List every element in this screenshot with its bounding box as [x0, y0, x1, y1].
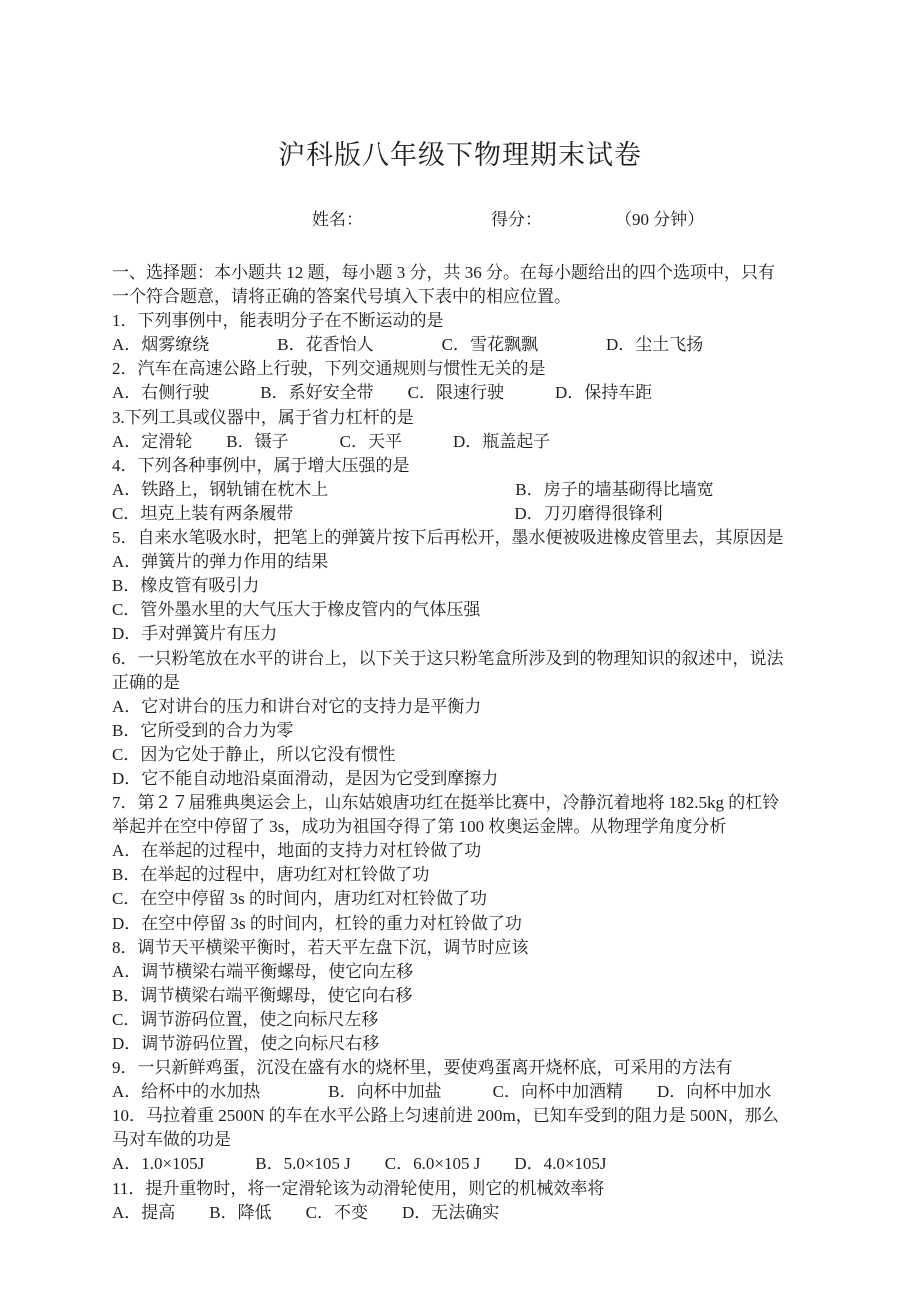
score-label: 得分：	[491, 208, 542, 232]
question-4-line: C．坦克上装有两条履带 D．刀刃磨得很锋利	[112, 502, 830, 526]
question-6-line: 正确的是	[112, 671, 830, 695]
question-4-line: A．铁路上，钢轨铺在枕木上 B．房子的墙基砌得比墙宽	[112, 478, 830, 502]
question-6-stem: 6．一只粉笔放在水平的讲台上，以下关于这只粉笔盒所涉及到的物理知识的叙述中，说法	[112, 647, 830, 671]
duration-label: （90 分钟）	[615, 208, 704, 232]
exam-header: 姓名：得分：（90 分钟）	[0, 184, 920, 256]
question-1-stem: 1．下列事例中，能表明分子在不断运动的是	[112, 309, 830, 333]
question-7-line: 举起并在空中停留了 3s，成功为祖国夺得了第 100 枚奥运金牌。从物理学角度分…	[112, 815, 830, 839]
question-5-line: C．管外墨水里的大气压大于橡皮管内的气体压强	[112, 598, 830, 622]
section-one: 一、选择题：本小题共 12 题，每小题 3 分，共 36 分。在每小题给出的四个…	[0, 256, 920, 1225]
question-5-line: D．手对弹簧片有压力	[112, 622, 830, 646]
question-8-line: A．调节横梁右端平衡螺母，使它向左移	[112, 960, 830, 984]
question-2-line: A．右侧行驶 B．系好安全带 C．限速行驶 D．保持车距	[112, 381, 830, 405]
question-11-line: A．提高 B．降低 C．不变 D．无法确实	[112, 1201, 830, 1225]
question-7-line: B．在举起的过程中，唐功红对杠铃做了功	[112, 863, 830, 887]
question-10-stem: 10．马拉着重 2500N 的车在水平公路上匀速前进 200m，已知车受到的阻力…	[112, 1104, 830, 1128]
question-3-stem: 3.下列工具或仪器中，属于省力杠杆的是	[112, 406, 830, 430]
exam-paper: 沪科版八年级下物理期末试卷 姓名：得分：（90 分钟） 一、选择题：本小题共 1…	[0, 0, 920, 1302]
question-5-line: B．橡皮管有吸引力	[112, 574, 830, 598]
question-8-line: C．调节游码位置，使之向标尺左移	[112, 1008, 830, 1032]
section-one-intro-line: 一、选择题：本小题共 12 题，每小题 3 分，共 36 分。在每小题给出的四个…	[112, 261, 830, 285]
question-6-line: A．它对讲台的压力和讲台对它的支持力是平衡力	[112, 695, 830, 719]
question-9-line: A．给杯中的水加热 B．向杯中加盐 C．向杯中加酒精 D．向杯中加水	[112, 1080, 830, 1104]
question-8-line: B．调节横梁右端平衡螺母，使它向右移	[112, 984, 830, 1008]
question-10-line: 马对车做的功是	[112, 1128, 830, 1152]
section-one-intro-line: 一个符合题意，请将正确的答案代号填入下表中的相应位置。	[112, 285, 830, 309]
question-2-stem: 2．汽车在高速公路上行驶，下列交通规则与惯性无关的是	[112, 357, 830, 381]
question-6-line: C．因为它处于静止，所以它没有惯性	[112, 743, 830, 767]
question-11-stem: 11．提升重物时，将一定滑轮该为动滑轮使用，则它的机械效率将	[112, 1177, 830, 1201]
question-7-line: A．在举起的过程中，地面的支持力对杠铃做了功	[112, 839, 830, 863]
question-9-stem: 9．一只新鲜鸡蛋，沉没在盛有水的烧杯里，要使鸡蛋离开烧杯底，可采用的方法有	[112, 1056, 830, 1080]
question-6-line: D．它不能自动地沿桌面滑动，是因为它受到摩擦力	[112, 767, 830, 791]
question-10-line: A．1.0×105J B．5.0×105 J C．6.0×105 J D．4.0…	[112, 1152, 830, 1176]
question-5-line: A．弹簧片的弹力作用的结果	[112, 550, 830, 574]
question-4-stem: 4．下列各种事例中，属于增大压强的是	[112, 454, 830, 478]
question-7-line: D．在空中停留 3s 的时间内，杠铃的重力对杠铃做了功	[112, 912, 830, 936]
question-5-stem: 5．自来水笔吸水时，把笔上的弹簧片按下后再松开，墨水便被吸进橡皮管里去，其原因是	[112, 526, 830, 550]
question-8-line: D．调节游码位置，使之向标尺右移	[112, 1032, 830, 1056]
question-7-stem: 7．第２７届雅典奥运会上，山东姑娘唐功红在挺举比赛中，冷静沉着地将 182.5k…	[112, 791, 830, 815]
question-7-line: C．在空中停留 3s 的时间内，唐功红对杠铃做了功	[112, 887, 830, 911]
question-6-line: B．它所受到的合力为零	[112, 719, 830, 743]
question-1-line: A．烟雾缭绕 B．花香怡人 C．雪花飘飘 D．尘土飞扬	[112, 333, 830, 357]
question-3-line: A．定滑轮 B．镊子 C．天平 D．瓶盖起子	[112, 430, 830, 454]
name-label: 姓名：	[312, 208, 363, 232]
page-title: 沪科版八年级下物理期末试卷	[0, 0, 920, 171]
question-8-stem: 8．调节天平横梁平衡时，若天平左盘下沉，调节时应该	[112, 936, 830, 960]
